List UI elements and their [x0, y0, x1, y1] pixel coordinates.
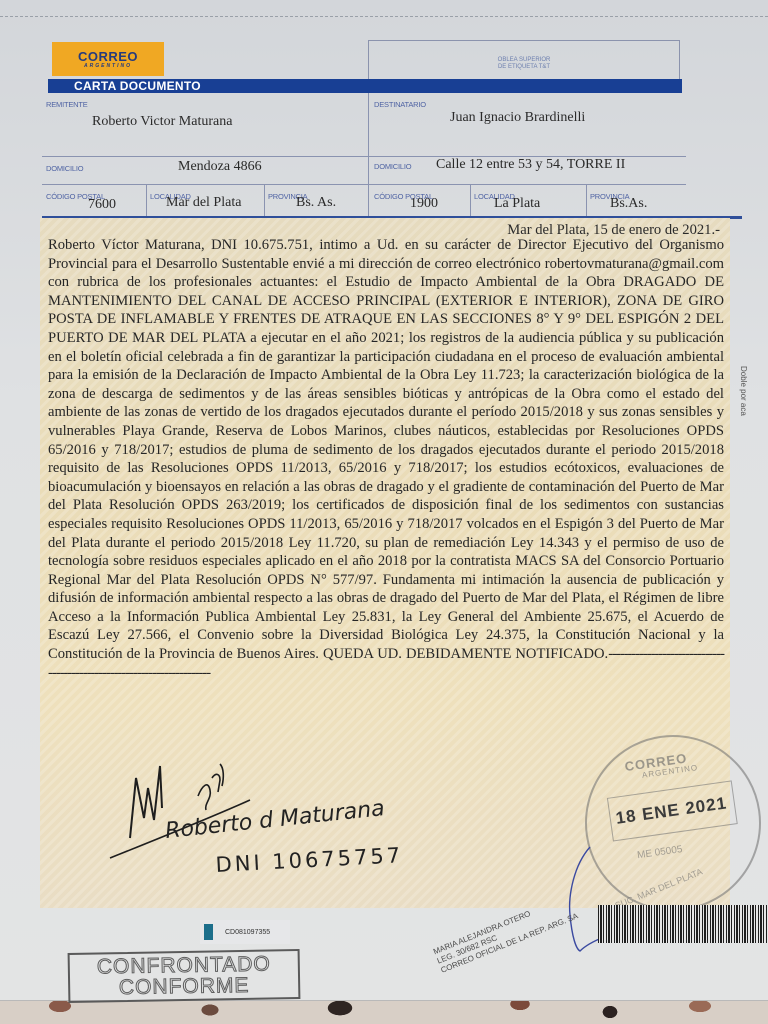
- tracking-code: CD081097355: [225, 929, 270, 936]
- remitente-localidad: Mar del Plata: [166, 195, 241, 211]
- doc-type-title: CARTA DOCUMENTO: [74, 79, 201, 93]
- signature-name: Roberto d Maturana: [164, 796, 386, 844]
- column-divider: [368, 93, 369, 217]
- tracking-code-label: CD081097355: [200, 920, 290, 944]
- tracking-color-marker: [204, 924, 213, 940]
- remitente-domicilio-label: DOMICILIO: [46, 164, 83, 173]
- perforation-line: [0, 16, 768, 17]
- letter-text: Roberto Víctor Maturana, DNI 10.675.751,…: [48, 236, 724, 682]
- destinatario-name: Juan Ignacio Brardinelli: [450, 110, 585, 126]
- destinatario-provincia: Bs.As.: [610, 196, 647, 212]
- cell-divider: [264, 184, 265, 217]
- remitente-domicilio: Mendoza 4866: [178, 159, 262, 175]
- destinatario-label: DESTINATARIO: [374, 100, 426, 109]
- row-divider: [42, 184, 686, 185]
- doc-type-bar: CARTA DOCUMENTO: [48, 79, 682, 93]
- destinatario-localidad: La Plata: [494, 196, 540, 212]
- oblea-text: OBLEA SUPERIOR DE ETIQUETA T&T: [498, 57, 551, 71]
- letter-body: Roberto Víctor Maturana, DNI 10.675.751,…: [48, 237, 724, 662]
- handwritten-signature: Roberto d Maturana DNI 10675757: [100, 748, 440, 888]
- correo-argentino-logo: CORREO ARGENTINO: [52, 42, 164, 76]
- destinatario-domicilio: Calle 12 entre 53 y 54, TORRE II: [436, 157, 625, 173]
- barcode: [598, 905, 768, 943]
- destinatario-cp: 1900: [410, 196, 438, 212]
- postmark-code: ME 05005: [636, 844, 683, 861]
- remitente-provincia: Bs. As.: [296, 195, 336, 211]
- signature-dni: DNI 10675757: [215, 843, 404, 877]
- destinatario-domicilio-label: DOMICILIO: [374, 162, 411, 171]
- cell-divider: [470, 184, 471, 217]
- side-fold-text: Doble por aca: [739, 366, 748, 416]
- confrontado-line2: CONFORME: [119, 975, 250, 998]
- cell-divider: [146, 184, 147, 217]
- remitente-cp: 7600: [88, 197, 116, 213]
- cell-divider: [586, 184, 587, 217]
- logo-line2: ARGENTINO: [84, 63, 132, 69]
- logo-line1: CORREO: [78, 50, 138, 63]
- remitente-name: Roberto Victor Maturana: [92, 114, 232, 130]
- remitente-label: REMITENTE: [46, 100, 88, 109]
- confrontado-stamp: CONFRONTADO CONFORME: [68, 949, 301, 1003]
- carta-documento-sheet: CORREO ARGENTINO OBLEA SUPERIOR DE ETIQU…: [0, 0, 768, 1001]
